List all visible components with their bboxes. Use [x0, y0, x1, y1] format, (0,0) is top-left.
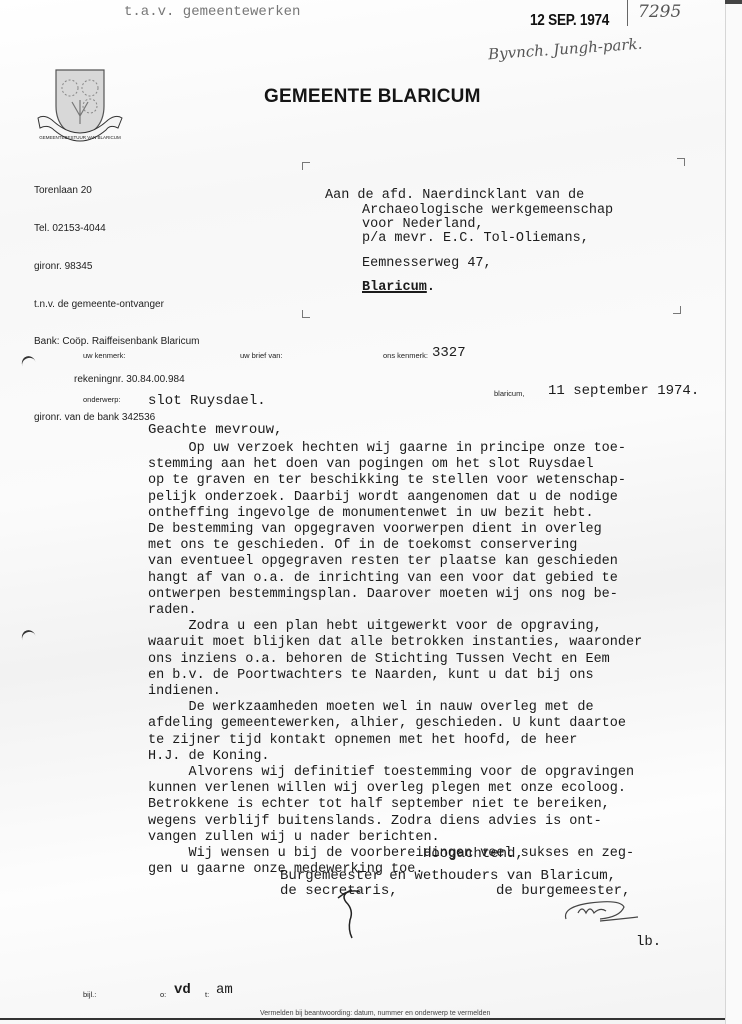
- t-value: am: [216, 982, 233, 998]
- sender-street: Torenlaan 20: [34, 185, 199, 198]
- attention-line: t.a.v. gemeentewerken: [124, 4, 300, 20]
- received-date-stamp: 12 SEP. 1974: [530, 12, 609, 30]
- sender-phone: Tel. 02153-4044: [34, 223, 199, 236]
- page-edge: [725, 0, 742, 1024]
- body-line: kunnen verlenen willen wij overleg plege…: [148, 781, 642, 797]
- body-line: Zodra u een plan hebt uitgewerkt voor de…: [148, 619, 642, 635]
- closing: Hoogachtend,: [423, 846, 524, 862]
- body-line: Wij wensen u bij de voorbereidingen veel…: [148, 846, 642, 862]
- enclosures-label: bijl.:: [83, 990, 96, 999]
- body-line: Betrokkene is echter tot half september …: [148, 797, 642, 813]
- t-label: t:: [205, 990, 209, 999]
- recipient-prefix: Aan: [325, 188, 349, 203]
- registration-divider: [627, 0, 628, 26]
- recipient-city-line: Blaricum.: [362, 280, 435, 295]
- recipient-line: p/a mevr. E.C. Tol-Oliemans,: [362, 231, 589, 246]
- registration-number: 7295: [638, 2, 681, 22]
- municipality-title: GEMEENTE BLARICUM: [264, 86, 481, 108]
- body-line: De bestemming van opgegraven voorwerpen …: [148, 522, 642, 538]
- sender-giro: gironr. 98345: [34, 261, 199, 274]
- punch-hole-mark: [20, 628, 39, 648]
- footer-rule: [0, 1018, 725, 1020]
- recipient-line: voor Nederland,: [362, 217, 484, 232]
- sender-bank: Bank: Coöp. Raiffeisenbank Blaricum: [34, 336, 199, 349]
- mayor-signature-icon: [560, 893, 640, 927]
- window-corner-mark: [673, 306, 681, 314]
- window-corner-mark: [677, 158, 685, 166]
- window-corner-mark: [302, 162, 310, 170]
- body-line: indienen.: [148, 684, 642, 700]
- place-label: blaricum,: [494, 389, 524, 398]
- body-line: van eventueel opgegraven resten ter plaa…: [148, 554, 642, 570]
- body-line: Op uw verzoek hechten wij gaarne in prin…: [148, 441, 642, 457]
- body-line: hangt af van o.a. de inrichting van een …: [148, 571, 642, 587]
- body-line: ontwerpen bestemmingsplan. Daarover moet…: [148, 587, 642, 603]
- your-letter-label: uw brief van:: [240, 351, 283, 360]
- window-corner-mark: [302, 310, 310, 318]
- subject-value: slot Ruysdael.: [148, 393, 266, 409]
- salutation: Geachte mevrouw,: [148, 422, 282, 438]
- body-line: stemming aan het doen van pogingen om he…: [148, 457, 642, 473]
- our-reference-value: 3327: [432, 345, 466, 361]
- handwritten-note: Byvnch. Jungh-park.: [488, 35, 643, 64]
- body-line: waaruit moet blijken dat alle betrokken …: [148, 635, 642, 651]
- o-value: vd: [174, 982, 191, 998]
- body-line: en b.v. de Poortwachters te Naarden, kun…: [148, 668, 642, 684]
- body-line: pelijk onderzoek. Daarbij wordt aangenom…: [148, 490, 642, 506]
- recipient-street: Eemnesserweg 47,: [362, 256, 492, 271]
- letter-body: Op uw verzoek hechten wij gaarne in prin…: [148, 441, 642, 878]
- letter-date: 11 september 1974.: [548, 383, 699, 399]
- subject-label: onderwerp:: [83, 395, 121, 404]
- body-line: De werkzaamheden moeten wel in nauw over…: [148, 700, 642, 716]
- signatory-line: Burgemeester en wethouders van Blaricum,: [280, 868, 616, 884]
- recipient-line: Archaeologische werkgemeenschap: [362, 203, 613, 218]
- recipient-line: de afd. Naerdincklant van de: [357, 188, 584, 203]
- sender-account-number: rekeningnr. 30.84.00.984: [34, 374, 199, 387]
- body-line: wegens verblijf buitenslands. Zodra dien…: [148, 814, 642, 830]
- body-line: te zijner tijd kontakt opnemen met het h…: [148, 733, 642, 749]
- secretary-signature-icon: [330, 884, 370, 940]
- body-line: H.J. de Koning.: [148, 749, 642, 765]
- our-reference-label: ons kenmerk:: [383, 351, 428, 360]
- body-line: Alvorens wij definitief toestemming voor…: [148, 765, 642, 781]
- o-label: o:: [160, 990, 166, 999]
- svg-text:GEMEENTEBESTUUR VAN BLARICUM: GEMEENTEBESTUUR VAN BLARICUM: [39, 135, 121, 140]
- your-reference-label: uw kenmerk:: [83, 351, 126, 360]
- municipal-crest-icon: GEMEENTEBESTUUR VAN BLARICUM: [34, 66, 124, 146]
- letter-page: t.a.v. gemeentewerken 12 SEP. 1974 7295 …: [0, 0, 725, 1024]
- scan-edge: [725, 0, 742, 4]
- body-line: afdeling gemeentewerken, alhier, geschie…: [148, 716, 642, 732]
- sender-account-holder: t.n.v. de gemeente-ontvanger: [34, 299, 199, 312]
- body-line: raden.: [148, 603, 642, 619]
- body-line: op te graven en ter beschikking te stell…: [148, 473, 642, 489]
- body-line: met ons te geschieden. Of in de toekomst…: [148, 538, 642, 554]
- body-line: ons inziens o.a. behoren de Stichting Tu…: [148, 652, 642, 668]
- recipient-city: Blaricum: [362, 280, 427, 295]
- recipient-address: Aan de afd. Naerdincklant van de: [325, 189, 584, 203]
- body-line: ontheffing ingevolge de monumentenwet in…: [148, 506, 642, 522]
- body-line: vangen zullen wij u nader berichten.: [148, 830, 642, 846]
- footer-note: Vermelden bij beantwoording: datum, numm…: [260, 1010, 490, 1017]
- typist-initials: lb.: [636, 934, 661, 950]
